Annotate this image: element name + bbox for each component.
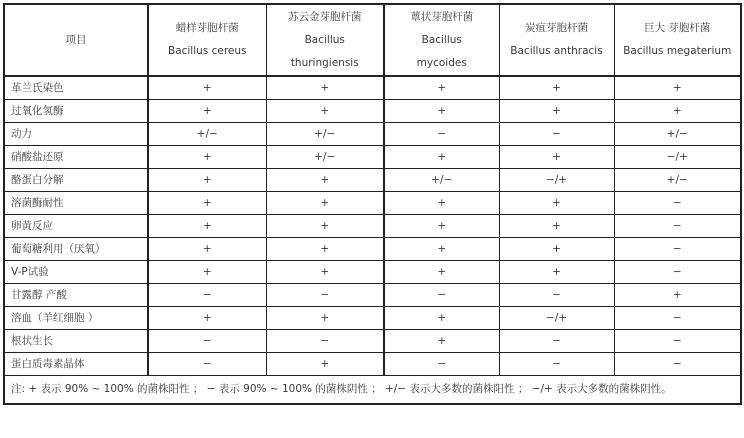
table-row: 溶血（羊红细胞 ）+++−/+−	[4, 306, 741, 329]
result-cell: −	[148, 283, 266, 306]
table-row: 卵黄反应++++−	[4, 214, 741, 237]
result-cell: −	[614, 214, 741, 237]
result-cell: +	[266, 99, 384, 122]
row-item-label: 蛋白质毒素晶体	[4, 352, 148, 375]
table-row: 蛋白质毒素晶体−+−−−	[4, 352, 741, 375]
result-cell: +/−	[614, 122, 741, 145]
result-cell: −	[266, 329, 384, 352]
result-cell: −	[499, 352, 614, 375]
result-cell: +	[148, 145, 266, 168]
result-cell: −/+	[499, 168, 614, 191]
result-cell: +	[148, 237, 266, 260]
result-cell: +	[266, 214, 384, 237]
header-cn: 蕈状芽胞杆菌	[385, 6, 499, 29]
result-cell: −	[384, 283, 499, 306]
result-cell: +	[499, 214, 614, 237]
result-cell: −	[499, 329, 614, 352]
result-cell: +	[614, 76, 741, 99]
result-cell: +	[384, 237, 499, 260]
result-cell: −/+	[499, 306, 614, 329]
table-row: 革兰氏染色+++++	[4, 76, 741, 99]
result-cell: +	[384, 306, 499, 329]
table-row: 根状生长−−+−−	[4, 329, 741, 352]
table-row: 过氧化氢酶+++++	[4, 99, 741, 122]
row-item-label: 卵黄反应	[4, 214, 148, 237]
result-cell: +	[499, 145, 614, 168]
header-bacillus-thuringiensis: 苏云金芽胞杆菌 Bacillus thuringiensis	[266, 4, 384, 76]
result-cell: +/−	[384, 168, 499, 191]
table-row: 动力+/−+/−−−+/−	[4, 122, 741, 145]
result-cell: +	[384, 191, 499, 214]
header-bacillus-anthracis: 炭疽芽胞杆菌 Bacillus anthracis	[499, 4, 614, 76]
header-cn: 炭疽芽胞杆菌	[500, 17, 614, 40]
note-row: 注: + 表示 90% ~ 100% 的菌株阳性 ； − 表示 90% ~ 10…	[4, 375, 741, 404]
row-item-label: 动力	[4, 122, 148, 145]
result-cell: −	[499, 122, 614, 145]
result-cell: −	[266, 283, 384, 306]
table-row: V-P试验++++−	[4, 260, 741, 283]
result-cell: +	[499, 260, 614, 283]
table-row: 酪蛋白分解+++/−−/++/−	[4, 168, 741, 191]
result-cell: +	[266, 306, 384, 329]
result-cell: +	[614, 283, 741, 306]
header-latin: Bacillus cereus	[149, 40, 266, 63]
result-cell: +	[148, 99, 266, 122]
result-cell: +	[499, 99, 614, 122]
header-cn: 巨大 芽胞杆菌	[615, 17, 741, 40]
result-cell: +	[384, 214, 499, 237]
result-cell: +	[384, 329, 499, 352]
result-cell: +	[499, 76, 614, 99]
result-cell: +/−	[266, 122, 384, 145]
header-cn: 蜡样芽胞杆菌	[149, 17, 266, 40]
header-row: 项目 蜡样芽胞杆菌 Bacillus cereus 苏云金芽胞杆菌 Bacill…	[4, 4, 741, 76]
header-cn: 苏云金芽胞杆菌	[267, 6, 384, 29]
result-cell: +	[266, 168, 384, 191]
result-cell: +	[148, 168, 266, 191]
table-row: 葡萄糖利用（厌氧）++++−	[4, 237, 741, 260]
result-cell: +	[499, 191, 614, 214]
row-item-label: 革兰氏染色	[4, 76, 148, 99]
result-cell: −	[614, 352, 741, 375]
result-cell: +	[266, 76, 384, 99]
table-row: 甘露醇 产酸−−−−+	[4, 283, 741, 306]
result-cell: +	[148, 76, 266, 99]
header-latin: Bacillus megaterium	[615, 40, 741, 63]
row-item-label: 根状生长	[4, 329, 148, 352]
result-cell: −	[384, 352, 499, 375]
result-cell: +	[148, 260, 266, 283]
header-latin: Bacillus mycoides	[407, 29, 477, 75]
row-item-label: 甘露醇 产酸	[4, 283, 148, 306]
result-cell: +	[384, 260, 499, 283]
header-latin: Bacillus anthracis	[500, 40, 614, 63]
result-cell: +	[384, 145, 499, 168]
result-cell: −	[614, 260, 741, 283]
header-item: 项目	[4, 4, 148, 76]
row-item-label: 硝酸盐还原	[4, 145, 148, 168]
header-bacillus-cereus: 蜡样芽胞杆菌 Bacillus cereus	[148, 4, 266, 76]
result-cell: +	[148, 306, 266, 329]
result-cell: −	[614, 306, 741, 329]
header-bacillus-megaterium: 巨大 芽胞杆菌 Bacillus megaterium	[614, 4, 741, 76]
result-cell: +	[148, 214, 266, 237]
row-item-label: 溶菌酶耐性	[4, 191, 148, 214]
header-bacillus-mycoides: 蕈状芽胞杆菌 Bacillus mycoides	[384, 4, 499, 76]
row-item-label: 溶血（羊红细胞 ）	[4, 306, 148, 329]
result-cell: −/+	[614, 145, 741, 168]
row-item-label: 酪蛋白分解	[4, 168, 148, 191]
table-row: 硝酸盐还原++/−++−/+	[4, 145, 741, 168]
result-cell: −	[148, 352, 266, 375]
result-cell: +	[266, 260, 384, 283]
row-item-label: V-P试验	[4, 260, 148, 283]
result-cell: −	[384, 122, 499, 145]
result-cell: −	[614, 329, 741, 352]
result-cell: +	[266, 191, 384, 214]
table-note: 注: + 表示 90% ~ 100% 的菌株阳性 ； − 表示 90% ~ 10…	[4, 375, 741, 404]
table-row: 溶菌酶耐性++++−	[4, 191, 741, 214]
result-cell: −	[148, 329, 266, 352]
result-cell: +	[384, 76, 499, 99]
result-cell: −	[499, 283, 614, 306]
result-cell: −	[614, 191, 741, 214]
header-latin: Bacillus thuringiensis	[285, 29, 365, 75]
result-cell: +	[266, 237, 384, 260]
row-item-label: 过氧化氢酶	[4, 99, 148, 122]
result-cell: −	[614, 237, 741, 260]
bacillus-identification-table: 项目 蜡样芽胞杆菌 Bacillus cereus 苏云金芽胞杆菌 Bacill…	[3, 3, 742, 405]
row-item-label: 葡萄糖利用（厌氧）	[4, 237, 148, 260]
result-cell: +/−	[266, 145, 384, 168]
result-cell: +	[384, 99, 499, 122]
result-cell: +	[499, 237, 614, 260]
result-cell: +	[266, 352, 384, 375]
result-cell: +/−	[148, 122, 266, 145]
result-cell: +	[614, 99, 741, 122]
result-cell: +	[148, 191, 266, 214]
result-cell: +/−	[614, 168, 741, 191]
